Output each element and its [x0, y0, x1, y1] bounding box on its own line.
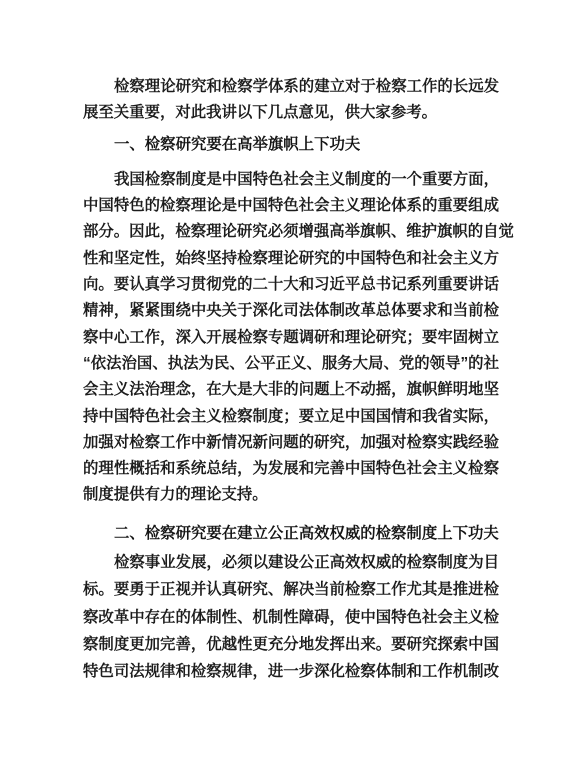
- paragraph: 我国检察制度是中国特色社会主义制度的一个重要方面，中国特色的检察理论是中国特色社…: [83, 167, 499, 509]
- text-line: 察中心工作，深入开展检察专题调研和理论研究；要牢固树立: [83, 325, 499, 351]
- text-line: 的理性概括和系统总结，为发展和完善中国特色社会主义检察: [83, 456, 499, 482]
- text-line: 会主义法治理念，在大是大非的问题上不动摇，旗帜鲜明地坚: [83, 377, 499, 403]
- text-line: 检察事业发展，必须以建设公正高效权威的检察制度为目: [83, 549, 499, 576]
- text-line: 特色司法规律和检察规律，进一步深化检察体制和工作机制改: [83, 658, 499, 685]
- text-line: 性和坚定性，始终坚持检察理论研究的中国特色和社会主义方: [83, 246, 499, 272]
- text-line: 检察理论研究和检察学体系的建立对于检察工作的长远发: [83, 74, 499, 100]
- paragraph: 检察事业发展，必须以建设公正高效权威的检察制度为目标。要勇于正视并认真研究、解决…: [83, 549, 499, 685]
- text-line: 持中国特色社会主义检察制度；要立足中国国情和我省实际，: [83, 404, 499, 430]
- text-line: 加强对检察工作中新情况新问题的研究，加强对检察实践经验: [83, 430, 499, 456]
- text-line: 察改革中存在的体制性、机制性障碍，使中国特色社会主义检: [83, 604, 499, 631]
- section-heading: 二、检察研究要在建立公正高效权威的检察制度上下功夫: [83, 521, 499, 547]
- paragraph: 检察理论研究和检察学体系的建立对于检察工作的长远发展至关重要，对此我讲以下几点意…: [83, 74, 499, 127]
- text-line: 展至关重要，对此我讲以下几点意见，供大家参考。: [83, 100, 499, 126]
- text-line: 部分。因此，检察理论研究必须增强高举旗帜、维护旗帜的自觉: [83, 219, 499, 245]
- document-content: 检察理论研究和检察学体系的建立对于检察工作的长远发展至关重要，对此我讲以下几点意…: [83, 74, 499, 686]
- document-page: 检察理论研究和检察学体系的建立对于检察工作的长远发展至关重要，对此我讲以下几点意…: [0, 0, 586, 759]
- text-line: 我国检察制度是中国特色社会主义制度的一个重要方面，: [83, 167, 499, 193]
- section-heading: 一、检察研究要在高举旗帜上下功夫: [83, 132, 499, 158]
- text-line: 标。要勇于正视并认真研究、解决当前检察工作尤其是推进检: [83, 576, 499, 603]
- text-line: 中国特色的检察理论是中国特色社会主义理论体系的重要组成: [83, 193, 499, 219]
- text-line: “依法治国、执法为民、公平正义、服务大局、党的领导”的社: [83, 351, 499, 377]
- text-line: 制度提供有力的理论支持。: [83, 482, 499, 508]
- text-line: 精神，紧紧围绕中央关于深化司法体制改革总体要求和当前检: [83, 298, 499, 324]
- text-line: 向。要认真学习贯彻党的二十大和习近平总书记系列重要讲话: [83, 272, 499, 298]
- text-line: 察制度更加完善，优越性更充分地发挥出来。要研究探索中国: [83, 631, 499, 658]
